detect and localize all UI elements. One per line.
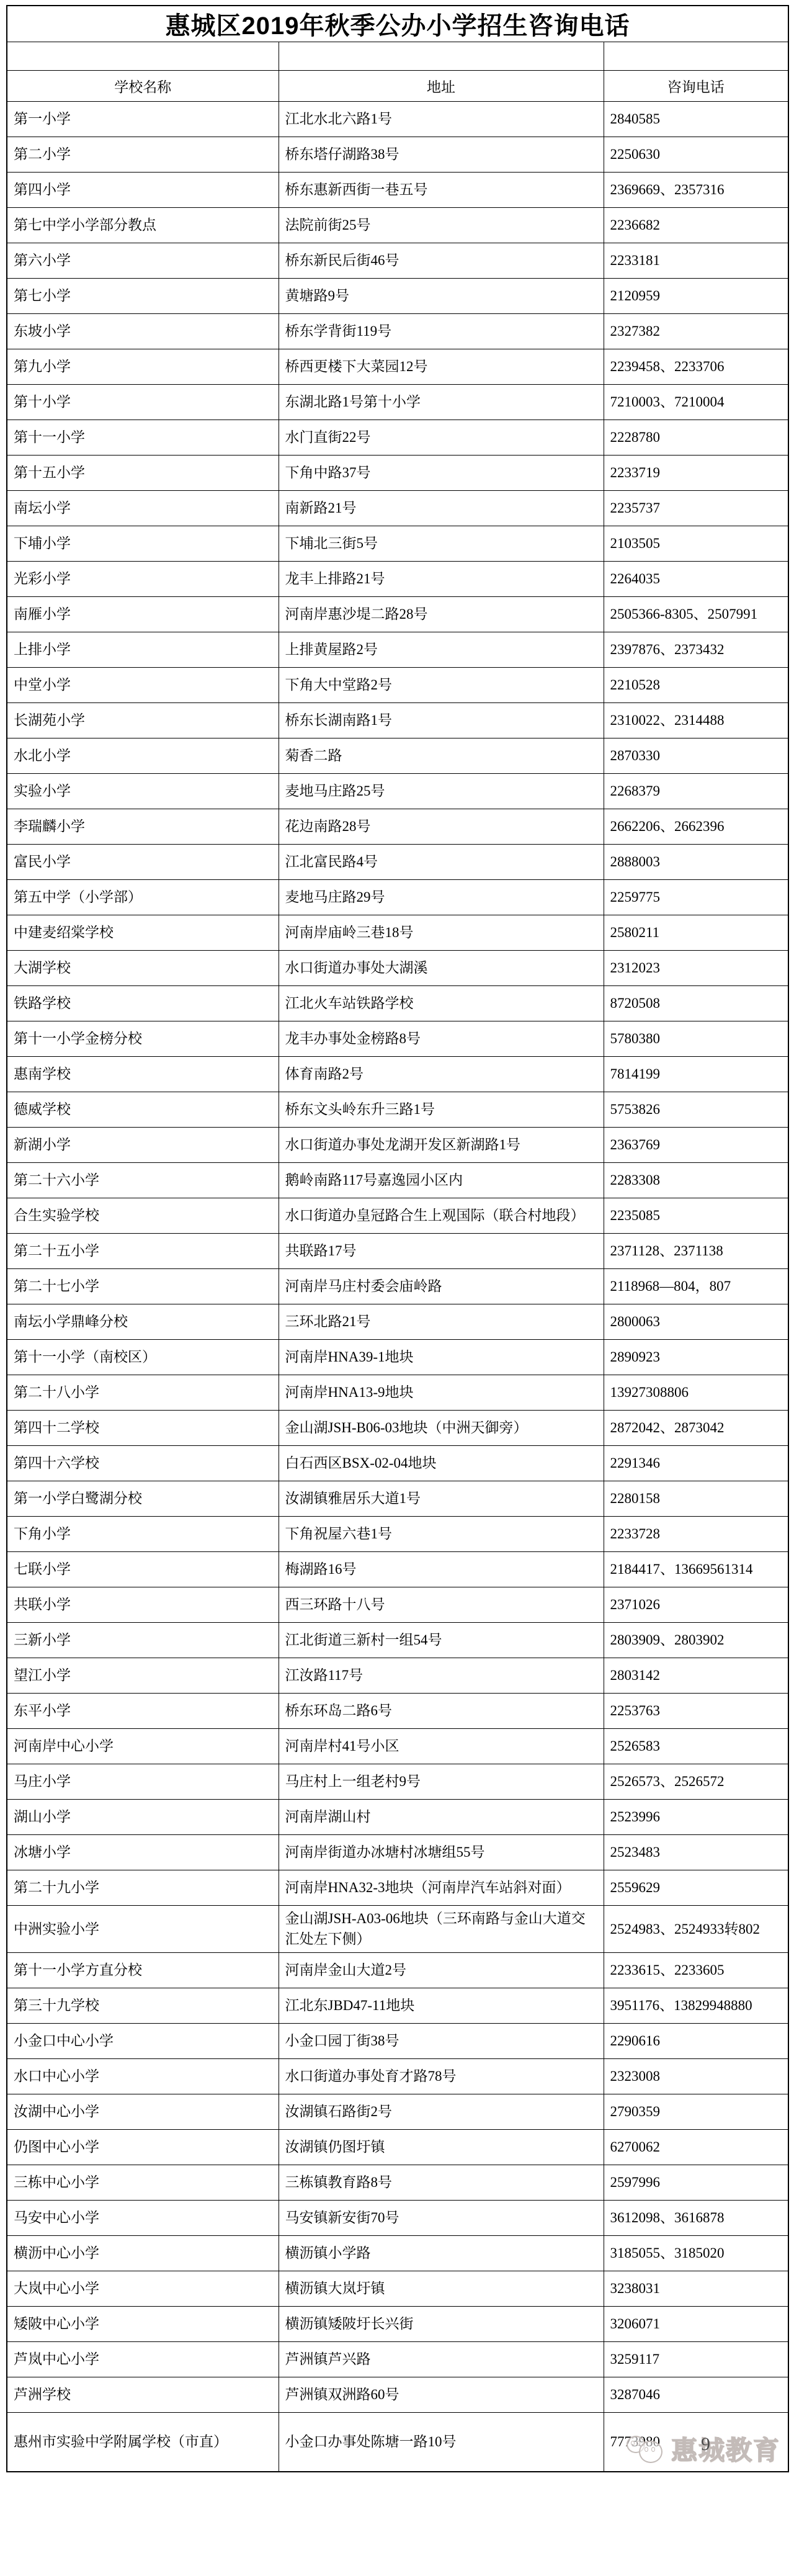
school-name-cell: 大湖学校 (7, 951, 279, 986)
address-cell: 马庄村上一组老村9号 (279, 1764, 604, 1800)
address-cell: 河南岸HNA13-9地块 (279, 1375, 604, 1411)
table-row: 第五中学（小学部）麦地马庄路29号2259775 (7, 880, 788, 915)
school-name-cell: 第七中学小学部分教点 (7, 208, 279, 243)
address-cell: 桥西更楼下大菜园12号 (279, 349, 604, 385)
phone-cell: 2327382 (604, 314, 788, 349)
school-name-cell: 第六小学 (7, 243, 279, 279)
school-name-cell: 第十一小学方直分校 (7, 1952, 279, 1988)
address-cell: 桥东学背街119号 (279, 314, 604, 349)
address-cell: 菊香二路 (279, 738, 604, 774)
phone-cell: 3238031 (604, 2271, 788, 2306)
school-name-cell: 第四小学 (7, 173, 279, 208)
table-row: 第一小学江北水北六路1号2840585 (7, 102, 788, 137)
table-row: 望江小学江汝路117号2803142 (7, 1658, 788, 1694)
school-name-cell: 新湖小学 (7, 1128, 279, 1163)
table-row: 第十小学东湖北路1号第十小学7210003、7210004 (7, 385, 788, 420)
table-row: 大岚中心小学横沥镇大岚圩镇3238031 (7, 2271, 788, 2306)
address-cell: 水口街道办皇冠路合生上观国际（联合村地段） (279, 1198, 604, 1234)
address-cell: 江北水北六路1号 (279, 102, 604, 137)
school-name-cell: 南雁小学 (7, 597, 279, 632)
phone-cell: 2184417、13669561314 (604, 1552, 788, 1587)
school-name-cell: 第四十六学校 (7, 1446, 279, 1481)
phone-cell: 2283308 (604, 1163, 788, 1198)
school-name-cell: 共联小学 (7, 1587, 279, 1623)
table-row: 横沥中心小学横沥镇小学路3185055、3185020 (7, 2235, 788, 2271)
address-cell: 法院前街25号 (279, 208, 604, 243)
address-cell: 河南岸HNA39-1地块 (279, 1340, 604, 1375)
phone-cell: 2290616 (604, 2023, 788, 2058)
school-name-cell: 上排小学 (7, 632, 279, 668)
column-header-school-name: 学校名称 (7, 71, 279, 102)
phone-cell: 2526573、2526572 (604, 1764, 788, 1800)
phone-cell: 2280158 (604, 1481, 788, 1517)
table-row: 芦岚中心小学芦洲镇芦兴路3259117 (7, 2341, 788, 2377)
table-row: 河南岸中心小学河南岸村41号小区2526583 (7, 1729, 788, 1764)
phone-cell: 2397876、2373432 (604, 632, 788, 668)
school-name-cell: 三栋中心小学 (7, 2165, 279, 2200)
school-name-cell: 第十一小学 (7, 420, 279, 456)
phone-cell: 2118968—804，807 (604, 1269, 788, 1304)
table-row: 湖山小学河南岸湖山村2523996 (7, 1800, 788, 1835)
phone-cell: 2523996 (604, 1800, 788, 1835)
address-cell: 金山湖JSH-B06-03地块（中洲天御旁） (279, 1411, 604, 1446)
school-name-cell: 中堂小学 (7, 668, 279, 703)
address-cell: 江汝路117号 (279, 1658, 604, 1694)
phone-cell: 2870330 (604, 738, 788, 774)
address-cell: 水门直街22号 (279, 420, 604, 456)
table-row: 合生实验学校水口街道办皇冠路合生上观国际（联合村地段）2235085 (7, 1198, 788, 1234)
phone-cell: 5780380 (604, 1021, 788, 1057)
address-cell: 共联路17号 (279, 1234, 604, 1269)
table-row: 第四小学桥东惠新西街一巷五号2369669、2357316 (7, 173, 788, 208)
phone-cell: 5753826 (604, 1092, 788, 1128)
phone-cell: 2580211 (604, 915, 788, 951)
table-row: 第二十五小学共联路17号2371128、2371138 (7, 1234, 788, 1269)
table-row: 水口中心小学水口街道办事处育才路78号2323008 (7, 2058, 788, 2094)
school-name-cell: 马安中心小学 (7, 2200, 279, 2235)
phone-cell: 2233719 (604, 456, 788, 491)
phone-cell: 2312023 (604, 951, 788, 986)
address-cell: 东湖北路1号第十小学 (279, 385, 604, 420)
phone-cell: 2235085 (604, 1198, 788, 1234)
address-cell: 汝湖镇雅居乐大道1号 (279, 1481, 604, 1517)
table-row: 下角小学下角祝屋六巷1号2233728 (7, 1517, 788, 1552)
table-row: 第十一小学水门直街22号2228780 (7, 420, 788, 456)
phone-cell: 3612098、3616878 (604, 2200, 788, 2235)
phone-cell: 2369669、2357316 (604, 173, 788, 208)
school-name-cell: 中建麦绍棠学校 (7, 915, 279, 951)
school-name-cell: 河南岸中心小学 (7, 1729, 279, 1764)
phone-cell: 2235737 (604, 491, 788, 526)
table-row: 第十一小学方直分校河南岸金山大道2号2233615、2233605 (7, 1952, 788, 1988)
phone-cell: 2291346 (604, 1446, 788, 1481)
address-cell: 白石西区BSX-02-04地块 (279, 1446, 604, 1481)
address-cell: 汝湖镇石路街2号 (279, 2094, 604, 2129)
table-row: 三栋中心小学三栋镇教育路8号2597996 (7, 2165, 788, 2200)
phone-cell: 3206071 (604, 2306, 788, 2341)
school-name-cell: 第十小学 (7, 385, 279, 420)
address-cell: 江北东JBD47-11地块 (279, 1988, 604, 2023)
address-cell: 江北街道三新村一组54号 (279, 1623, 604, 1658)
school-name-cell: 湖山小学 (7, 1800, 279, 1835)
phone-cell: 2371128、2371138 (604, 1234, 788, 1269)
table-row: 第一小学白鹭湖分校汝湖镇雅居乐大道1号2280158 (7, 1481, 788, 1517)
column-header-row: 学校名称 地址 咨询电话 (7, 71, 788, 102)
school-name-cell: 惠南学校 (7, 1057, 279, 1092)
table-row: 东平小学桥东环岛二路6号2253763 (7, 1694, 788, 1729)
address-cell: 鹅岭南路117号嘉逸园小区内 (279, 1163, 604, 1198)
address-cell: 横沥镇小学路 (279, 2235, 604, 2271)
column-header-phone: 咨询电话 (604, 71, 788, 102)
table-row: 东坡小学桥东学背街119号2327382 (7, 314, 788, 349)
table-row: 第九小学桥西更楼下大菜园12号2239458、2233706 (7, 349, 788, 385)
table-row: 第十一小学金榜分校龙丰办事处金榜路8号5780380 (7, 1021, 788, 1057)
table-row: 中建麦绍棠学校河南岸庙岭三巷18号2580211 (7, 915, 788, 951)
school-name-cell: 大岚中心小学 (7, 2271, 279, 2306)
phone-cell: 2803142 (604, 1658, 788, 1694)
title-row: 惠城区2019年秋季公办小学招生咨询电话 (7, 6, 788, 42)
school-name-cell: 第二十七小学 (7, 1269, 279, 1304)
phone-cell: 8720508 (604, 986, 788, 1021)
school-name-cell: 东坡小学 (7, 314, 279, 349)
phone-cell: 2524983、2524933转802 (604, 1906, 788, 1953)
school-name-cell: 李瑞麟小学 (7, 809, 279, 845)
school-name-cell: 铁路学校 (7, 986, 279, 1021)
school-name-cell: 南坛小学 (7, 491, 279, 526)
table-row: 长湖苑小学桥东长湖南路1号2310022、2314488 (7, 703, 788, 738)
table-row: 第七小学黄塘路9号2120959 (7, 279, 788, 314)
empty-cell (604, 42, 788, 71)
table-row: 李瑞麟小学花边南路28号2662206、2662396 (7, 809, 788, 845)
address-cell: 桥东文头岭东升三路1号 (279, 1092, 604, 1128)
school-name-cell: 富民小学 (7, 845, 279, 880)
phone-cell: 2323008 (604, 2058, 788, 2094)
table-row: 仍图中心小学汝湖镇仍图圩镇6270062 (7, 2129, 788, 2165)
phone-cell: 2264035 (604, 562, 788, 597)
school-name-cell: 芦洲学校 (7, 2377, 279, 2412)
phone-cell: 2253763 (604, 1694, 788, 1729)
table-row: 汝湖中心小学汝湖镇石路街2号2790359 (7, 2094, 788, 2129)
school-name-cell: 第十一小学（南校区） (7, 1340, 279, 1375)
phone-cell: 2800063 (604, 1304, 788, 1340)
school-name-cell: 下角小学 (7, 1517, 279, 1552)
address-cell: 河南岸惠沙堤二路28号 (279, 597, 604, 632)
school-name-cell: 德威学校 (7, 1092, 279, 1128)
phone-cell: 2310022、2314488 (604, 703, 788, 738)
school-name-cell: 实验小学 (7, 774, 279, 809)
address-cell: 横沥镇大岚圩镇 (279, 2271, 604, 2306)
empty-cell (279, 42, 604, 71)
table-row: 第四十六学校白石西区BSX-02-04地块2291346 (7, 1446, 788, 1481)
school-name-cell: 第十五小学 (7, 456, 279, 491)
table-row: 惠州市实验中学附属学校（市直）小金口办事处陈塘一路10号7773980 (7, 2412, 788, 2472)
phone-cell: 2233728 (604, 1517, 788, 1552)
school-name-cell: 惠州市实验中学附属学校（市直） (7, 2412, 279, 2472)
table-row: 实验小学麦地马庄路25号2268379 (7, 774, 788, 809)
address-cell: 芦洲镇芦兴路 (279, 2341, 604, 2377)
table-row: 三新小学江北街道三新村一组54号2803909、2803902 (7, 1623, 788, 1658)
address-cell: 河南岸金山大道2号 (279, 1952, 604, 1988)
school-name-cell: 第五中学（小学部） (7, 880, 279, 915)
school-name-cell: 横沥中心小学 (7, 2235, 279, 2271)
table-row: 第二小学桥东塔仔湖路38号2250630 (7, 137, 788, 173)
address-cell: 河南岸街道办冰塘村冰塘组55号 (279, 1835, 604, 1870)
table-row: 惠南学校体育南路2号7814199 (7, 1057, 788, 1092)
table-row: 光彩小学龙丰上排路21号2264035 (7, 562, 788, 597)
address-cell: 上排黄屋路2号 (279, 632, 604, 668)
address-cell: 汝湖镇仍图圩镇 (279, 2129, 604, 2165)
address-cell: 南新路21号 (279, 491, 604, 526)
phone-cell: 2803909、2803902 (604, 1623, 788, 1658)
table-row: 铁路学校江北火车站铁路学校8720508 (7, 986, 788, 1021)
phone-cell: 2120959 (604, 279, 788, 314)
school-phone-table: 惠城区2019年秋季公办小学招生咨询电话 学校名称 地址 咨询电话 第一小学江北… (6, 5, 789, 2472)
address-cell: 金山湖JSH-A03-06地块（三环南路与金山大道交汇处左下侧） (279, 1906, 604, 1953)
table-row: 富民小学江北富民路4号2888003 (7, 845, 788, 880)
address-cell: 体育南路2号 (279, 1057, 604, 1092)
school-name-cell: 合生实验学校 (7, 1198, 279, 1234)
phone-cell: 7210003、7210004 (604, 385, 788, 420)
address-cell: 河南岸村41号小区 (279, 1729, 604, 1764)
phone-cell: 3185055、3185020 (604, 2235, 788, 2271)
table-row: 南坛小学南新路21号2235737 (7, 491, 788, 526)
phone-cell: 2790359 (604, 2094, 788, 2129)
school-name-cell: 第一小学 (7, 102, 279, 137)
phone-cell: 2597996 (604, 2165, 788, 2200)
table-row: 中堂小学下角大中堂路2号2210528 (7, 668, 788, 703)
phone-cell: 2526583 (604, 1729, 788, 1764)
address-cell: 小金口园丁街38号 (279, 2023, 604, 2058)
address-cell: 桥东塔仔湖路38号 (279, 137, 604, 173)
address-cell: 河南岸湖山村 (279, 1800, 604, 1835)
table-row: 冰塘小学河南岸街道办冰塘村冰塘组55号2523483 (7, 1835, 788, 1870)
phone-cell: 2239458、2233706 (604, 349, 788, 385)
phone-cell: 2250630 (604, 137, 788, 173)
school-name-cell: 第七小学 (7, 279, 279, 314)
page-title: 惠城区2019年秋季公办小学招生咨询电话 (7, 6, 788, 42)
school-name-cell: 汝湖中心小学 (7, 2094, 279, 2129)
table-row: 新湖小学水口街道办事处龙湖开发区新湖路1号2363769 (7, 1128, 788, 1163)
phone-cell: 3259117 (604, 2341, 788, 2377)
address-cell: 麦地马庄路25号 (279, 774, 604, 809)
column-header-address: 地址 (279, 71, 604, 102)
phone-cell: 6270062 (604, 2129, 788, 2165)
school-name-cell: 水口中心小学 (7, 2058, 279, 2094)
school-name-cell: 南坛小学鼎峰分校 (7, 1304, 279, 1340)
address-cell: 芦洲镇双洲路60号 (279, 2377, 604, 2412)
phone-cell: 2890923 (604, 1340, 788, 1375)
address-cell: 桥东环岛二路6号 (279, 1694, 604, 1729)
address-cell: 龙丰办事处金榜路8号 (279, 1021, 604, 1057)
table-row: 第十一小学（南校区）河南岸HNA39-1地块2890923 (7, 1340, 788, 1375)
phone-cell: 2259775 (604, 880, 788, 915)
school-name-cell: 长湖苑小学 (7, 703, 279, 738)
school-name-cell: 小金口中心小学 (7, 2023, 279, 2058)
address-cell: 三栋镇教育路8号 (279, 2165, 604, 2200)
table-row: 第二十九小学河南岸HNA32-3地块（河南岸汽车站斜对面）2559629 (7, 1870, 788, 1906)
table-row: 南坛小学鼎峰分校三环北路21号2800063 (7, 1304, 788, 1340)
table-row: 矮陂中心小学横沥镇矮陂圩长兴街3206071 (7, 2306, 788, 2341)
table-row: 第二十八小学河南岸HNA13-9地块13927308806 (7, 1375, 788, 1411)
phone-cell: 2662206、2662396 (604, 809, 788, 845)
phone-cell: 3287046 (604, 2377, 788, 2412)
school-name-cell: 第二十六小学 (7, 1163, 279, 1198)
school-name-cell: 第二十九小学 (7, 1870, 279, 1906)
table-row: 下埔小学下埔北三街5号2103505 (7, 526, 788, 562)
school-name-cell: 第二小学 (7, 137, 279, 173)
address-cell: 江北火车站铁路学校 (279, 986, 604, 1021)
school-name-cell: 东平小学 (7, 1694, 279, 1729)
address-cell: 花边南路28号 (279, 809, 604, 845)
phone-cell: 7814199 (604, 1057, 788, 1092)
phone-cell: 2228780 (604, 420, 788, 456)
table-row: 大湖学校水口街道办事处大湖溪2312023 (7, 951, 788, 986)
address-cell: 麦地马庄路29号 (279, 880, 604, 915)
school-name-cell: 三新小学 (7, 1623, 279, 1658)
table-row: 德威学校桥东文头岭东升三路1号5753826 (7, 1092, 788, 1128)
table-row: 第四十二学校金山湖JSH-B06-03地块（中洲天御旁）2872042、2873… (7, 1411, 788, 1446)
phone-cell: 2559629 (604, 1870, 788, 1906)
school-name-cell: 七联小学 (7, 1552, 279, 1587)
school-name-cell: 第三十九学校 (7, 1988, 279, 2023)
address-cell: 河南岸HNA32-3地块（河南岸汽车站斜对面） (279, 1870, 604, 1906)
phone-cell: 2371026 (604, 1587, 788, 1623)
address-cell: 下埔北三街5号 (279, 526, 604, 562)
school-name-cell: 中洲实验小学 (7, 1906, 279, 1953)
table-row: 小金口中心小学小金口园丁街38号2290616 (7, 2023, 788, 2058)
school-name-cell: 第二十八小学 (7, 1375, 279, 1411)
address-cell: 下角祝屋六巷1号 (279, 1517, 604, 1552)
school-name-cell: 芦岚中心小学 (7, 2341, 279, 2377)
table-row: 第七中学小学部分教点法院前街25号2236682 (7, 208, 788, 243)
phone-cell: 2268379 (604, 774, 788, 809)
address-cell: 下角中路37号 (279, 456, 604, 491)
phone-cell: 2233615、2233605 (604, 1952, 788, 1988)
phone-cell: 2505366-8305、2507991 (604, 597, 788, 632)
table-row: 第二十七小学河南岸马庄村委会庙岭路2118968—804，807 (7, 1269, 788, 1304)
school-name-cell: 第十一小学金榜分校 (7, 1021, 279, 1057)
phone-cell: 2872042、2873042 (604, 1411, 788, 1446)
address-cell: 江北富民路4号 (279, 845, 604, 880)
table-row: 马安中心小学马安镇新安街70号3612098、3616878 (7, 2200, 788, 2235)
school-name-cell: 第四十二学校 (7, 1411, 279, 1446)
table-body: 第一小学江北水北六路1号2840585第二小学桥东塔仔湖路38号2250630第… (7, 102, 788, 2472)
table-row: 芦洲学校芦洲镇双洲路60号3287046 (7, 2377, 788, 2412)
table-row: 水北小学菊香二路2870330 (7, 738, 788, 774)
address-cell: 桥东惠新西街一巷五号 (279, 173, 604, 208)
phone-cell: 2236682 (604, 208, 788, 243)
school-name-cell: 水北小学 (7, 738, 279, 774)
phone-cell: 2523483 (604, 1835, 788, 1870)
address-cell: 桥东新民后街46号 (279, 243, 604, 279)
empty-spacer-row (7, 42, 788, 71)
address-cell: 下角大中堂路2号 (279, 668, 604, 703)
address-cell: 马安镇新安街70号 (279, 2200, 604, 2235)
school-name-cell: 矮陂中心小学 (7, 2306, 279, 2341)
school-name-cell: 仍图中心小学 (7, 2129, 279, 2165)
address-cell: 西三环路十八号 (279, 1587, 604, 1623)
address-cell: 桥东长湖南路1号 (279, 703, 604, 738)
address-cell: 水口街道办事处育才路78号 (279, 2058, 604, 2094)
table-row: 第三十九学校江北东JBD47-11地块3951176、13829948880 (7, 1988, 788, 2023)
address-cell: 河南岸马庄村委会庙岭路 (279, 1269, 604, 1304)
address-cell: 水口街道办事处龙湖开发区新湖路1号 (279, 1128, 604, 1163)
school-name-cell: 望江小学 (7, 1658, 279, 1694)
table-row: 第二十六小学鹅岭南路117号嘉逸园小区内2283308 (7, 1163, 788, 1198)
phone-cell: 2103505 (604, 526, 788, 562)
phone-cell: 13927308806 (604, 1375, 788, 1411)
school-name-cell: 第一小学白鹭湖分校 (7, 1481, 279, 1517)
address-cell: 横沥镇矮陂圩长兴街 (279, 2306, 604, 2341)
address-cell: 梅湖路16号 (279, 1552, 604, 1587)
table-row: 南雁小学河南岸惠沙堤二路28号2505366-8305、2507991 (7, 597, 788, 632)
phone-cell: 7773980 (604, 2412, 788, 2472)
school-name-cell: 第二十五小学 (7, 1234, 279, 1269)
phone-cell: 2210528 (604, 668, 788, 703)
table-row: 马庄小学马庄村上一组老村9号2526573、2526572 (7, 1764, 788, 1800)
table-row: 第十五小学下角中路37号2233719 (7, 456, 788, 491)
table-row: 上排小学上排黄屋路2号2397876、2373432 (7, 632, 788, 668)
empty-cell (7, 42, 279, 71)
phone-cell: 2840585 (604, 102, 788, 137)
address-cell: 龙丰上排路21号 (279, 562, 604, 597)
table-row: 第六小学桥东新民后街46号2233181 (7, 243, 788, 279)
address-cell: 河南岸庙岭三巷18号 (279, 915, 604, 951)
address-cell: 三环北路21号 (279, 1304, 604, 1340)
table-row: 七联小学梅湖路16号2184417、13669561314 (7, 1552, 788, 1587)
document-sheet: 惠城区2019年秋季公办小学招生咨询电话 学校名称 地址 咨询电话 第一小学江北… (0, 0, 794, 2485)
phone-cell: 2233181 (604, 243, 788, 279)
table-row: 中洲实验小学金山湖JSH-A03-06地块（三环南路与金山大道交汇处左下侧）25… (7, 1906, 788, 1953)
table-row: 共联小学西三环路十八号2371026 (7, 1587, 788, 1623)
school-name-cell: 光彩小学 (7, 562, 279, 597)
school-name-cell: 下埔小学 (7, 526, 279, 562)
school-name-cell: 马庄小学 (7, 1764, 279, 1800)
phone-cell: 2888003 (604, 845, 788, 880)
phone-cell: 3951176、13829948880 (604, 1988, 788, 2023)
school-name-cell: 第九小学 (7, 349, 279, 385)
school-name-cell: 冰塘小学 (7, 1835, 279, 1870)
address-cell: 水口街道办事处大湖溪 (279, 951, 604, 986)
phone-cell: 2363769 (604, 1128, 788, 1163)
address-cell: 黄塘路9号 (279, 279, 604, 314)
address-cell: 小金口办事处陈塘一路10号 (279, 2412, 604, 2472)
